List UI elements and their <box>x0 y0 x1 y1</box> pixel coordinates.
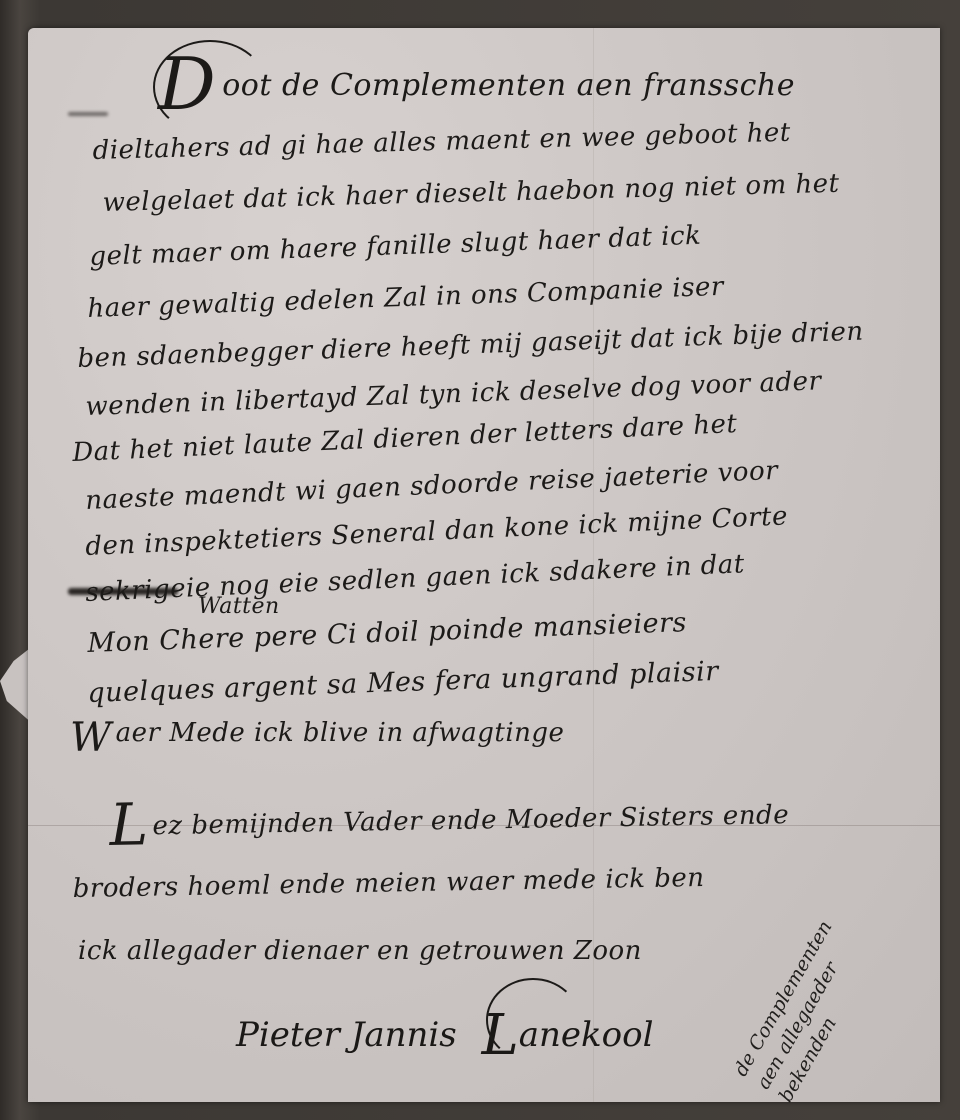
signature-flourish <box>486 978 580 1062</box>
body-line-10: sekrigeie nog eie sedlen gaen ick sdaker… <box>85 549 746 608</box>
signature-middle-name: Jannis <box>351 1015 457 1055</box>
body-line-3: gelt maer om haere fanille slugt haer da… <box>89 221 702 272</box>
greeting-initial: L <box>109 790 149 859</box>
closing-line: Waer Mede ick blive in afwagtinge <box>70 718 564 758</box>
greeting-line-3: ick allegader dienaer en getrouwen Zoon <box>78 936 642 966</box>
signature-first-name: Pieter <box>236 1015 340 1055</box>
french-line-1: Mon Chere pere Ci doil poinde mansieiers <box>87 607 687 659</box>
signature: Pieter Jannis Lanekool <box>236 1003 653 1068</box>
initial-flourish <box>153 40 267 134</box>
margin-ink-mark <box>68 112 108 116</box>
french-line-2: quelques argent sa Mes fera ungrand plai… <box>87 656 719 709</box>
letter-paper: Doot de Complementen aen franssche dielt… <box>28 28 940 1102</box>
greeting-text-1: ez bemijnden Vader ende Moeder Sisters e… <box>152 800 789 841</box>
closing-initial: W <box>70 715 112 761</box>
body-line-5: ben sdaenbegger diere heeft mij gaseijt … <box>77 317 864 374</box>
body-line-2: welgelaet dat ick haer dieselt haebon no… <box>102 169 840 218</box>
body-line-4: haer gewaltig edelen Zal in ons Companie… <box>87 272 724 324</box>
opening-text: oot de Complementen aen franssche <box>222 68 795 103</box>
closing-text: aer Mede ick blive in afwagtinge <box>116 718 565 748</box>
greeting-line-1: Lez bemijnden Vader ende Moeder Sisters … <box>109 784 790 854</box>
greeting-line-2: broders hoeml ende meien waer mede ick b… <box>72 863 704 904</box>
margin-note: de Complementen aen allegaeder bekenden <box>728 916 883 1107</box>
correction-word: Watten <box>198 594 280 619</box>
